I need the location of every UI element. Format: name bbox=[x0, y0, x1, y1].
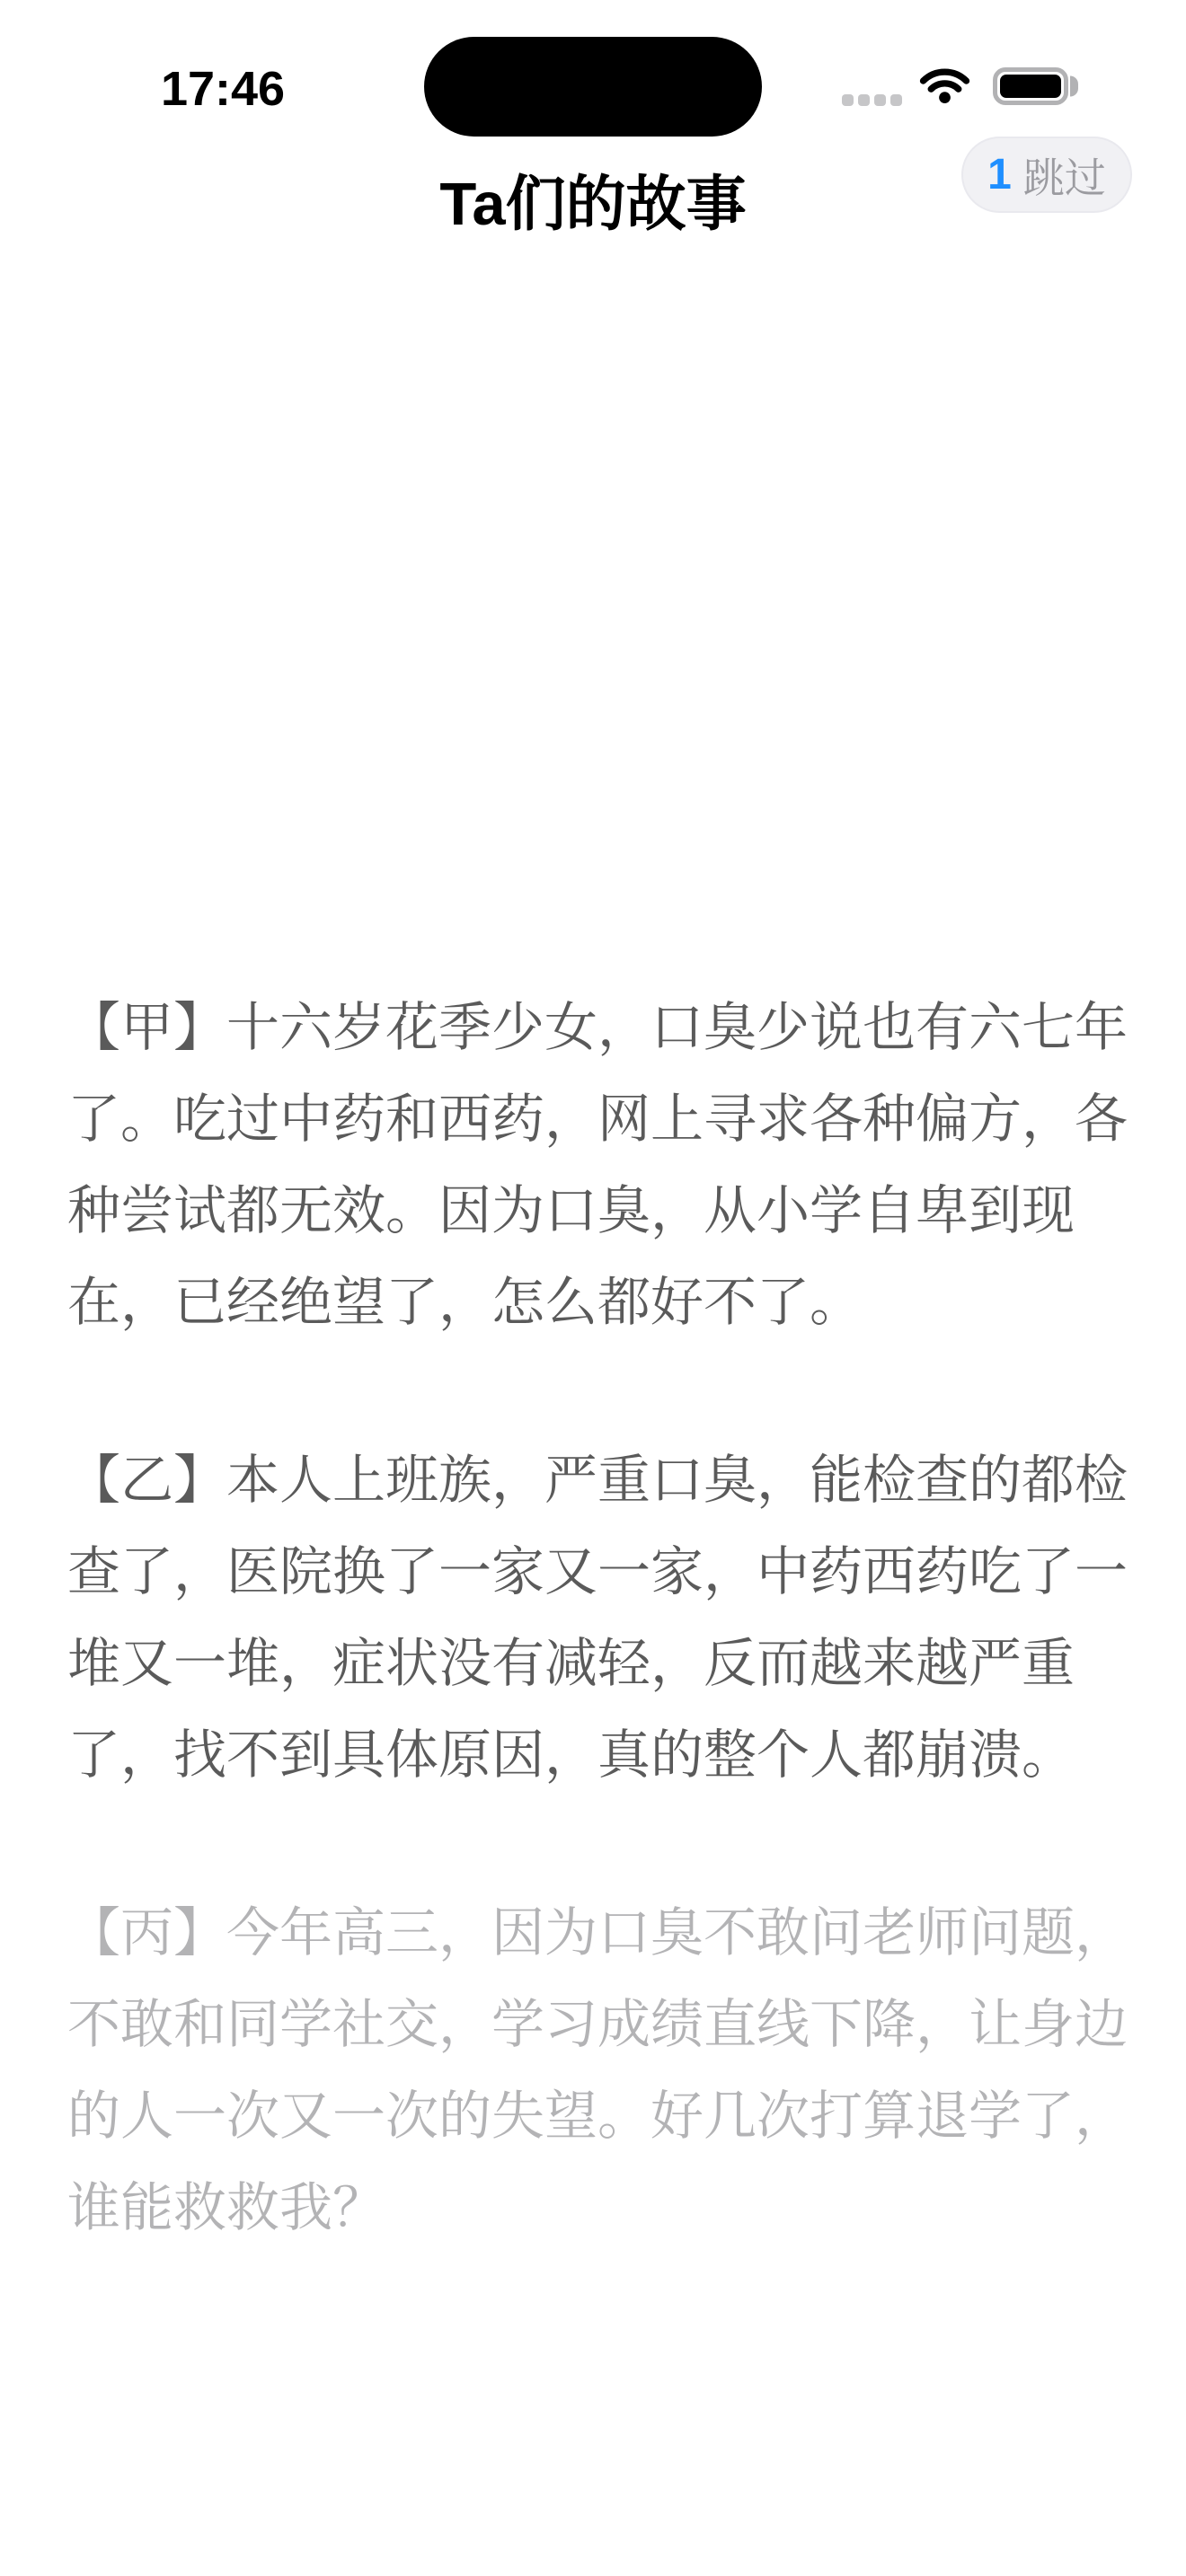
story-paragraph-yi: 【乙】本人上班族，严重口臭，能检查的都检 查了，医院换了一家又一家，中药西药吃了… bbox=[67, 1434, 1128, 1801]
story-line: 不敢和同学社交，学习成绩直线下降，让身边 bbox=[67, 1979, 1128, 2070]
battery-fill bbox=[1000, 75, 1061, 98]
wifi-icon bbox=[919, 67, 970, 103]
story-paragraph-bing: 【丙】今年高三，因为口臭不敢问老师问题， 不敢和同学社交，学习成绩直线下降，让身… bbox=[67, 1887, 1128, 2254]
story-paragraph-jia: 【甲】十六岁花季少女，口臭少说也有六七年 了。吃过中药和西药，网上寻求各种偏方，… bbox=[67, 982, 1128, 1348]
stories-section: 【甲】十六岁花季少女，口臭少说也有六七年 了。吃过中药和西药，网上寻求各种偏方，… bbox=[67, 982, 1128, 2254]
cellular-signal-icon bbox=[842, 94, 902, 106]
battery-nub bbox=[1070, 76, 1078, 97]
story-line: 堆又一堆，症状没有减轻，反而越来越严重 bbox=[67, 1618, 1128, 1709]
story-line: 了。吃过中药和西药，网上寻求各种偏方，各 bbox=[67, 1073, 1128, 1165]
story-line: 在，已经绝望了，怎么都好不了。 bbox=[67, 1257, 1128, 1348]
story-line: 了，找不到具体原因，真的整个人都崩溃。 bbox=[67, 1709, 1128, 1801]
battery-icon bbox=[993, 67, 1068, 105]
story-line: 种尝试都无效。因为口臭，从小学自卑到现 bbox=[67, 1165, 1128, 1257]
story-line: 的人一次又一次的失望。好几次打算退学了， bbox=[67, 2070, 1128, 2162]
story-line: 谁能救救我？ bbox=[67, 2162, 1128, 2254]
dynamic-island bbox=[424, 37, 762, 137]
story-line: 【乙】本人上班族，严重口臭，能检查的都检 bbox=[67, 1434, 1128, 1526]
page-title: Ta们的故事 bbox=[0, 154, 1186, 255]
app-screen: 17:46 1 跳过 Ta们的故事 【甲】十六岁花季少女，口臭少说也有六七年 了… bbox=[0, 0, 1186, 2576]
story-line: 【甲】十六岁花季少女，口臭少说也有六七年 bbox=[67, 982, 1128, 1073]
status-time: 17:46 bbox=[111, 57, 335, 120]
story-line: 【丙】今年高三，因为口臭不敢问老师问题， bbox=[67, 1887, 1128, 1979]
story-line: 查了，医院换了一家又一家，中药西药吃了一 bbox=[67, 1526, 1128, 1618]
